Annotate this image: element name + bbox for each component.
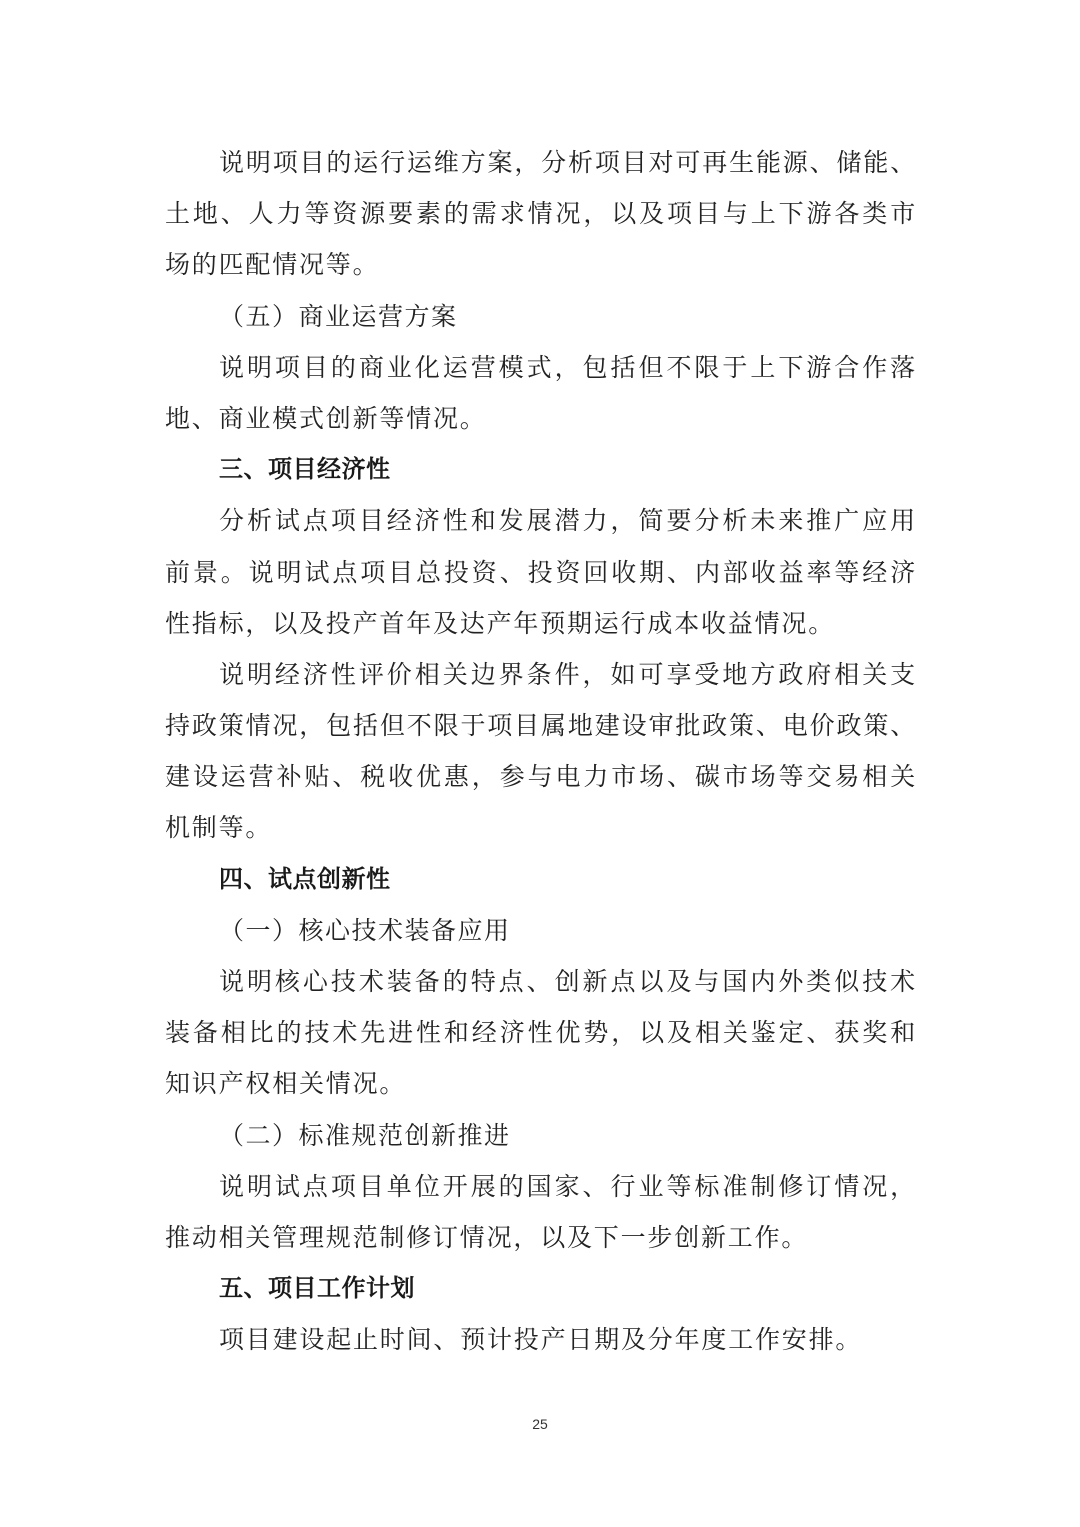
paragraph-line: 项目建设起止时间、预计投产日期及分年度工作安排。 (165, 1314, 917, 1365)
paragraph-line: 场的匹配情况等。 (165, 239, 917, 290)
paragraph-line: 说明核心技术装备的特点、创新点以及与国内外类似技术 (165, 956, 917, 1007)
subsection-heading: （二）标准规范创新推进 (165, 1110, 917, 1161)
paragraph-line: 说明项目的商业化运营模式，包括但不限于上下游合作落 (165, 342, 917, 393)
paragraph-line: 土地、人力等资源要素的需求情况，以及项目与上下游各类市 (165, 188, 917, 239)
paragraph-line: 说明试点项目单位开展的国家、行业等标准制修订情况， (165, 1161, 917, 1212)
paragraph-line: 地、商业模式创新等情况。 (165, 393, 917, 444)
section-heading: 五、项目工作计划 (165, 1263, 917, 1314)
document-body: 说明项目的运行运维方案，分析项目对可再生能源、储能、 土地、人力等资源要素的需求… (165, 137, 917, 1366)
paragraph-line: 分析试点项目经济性和发展潜力，简要分析未来推广应用 (165, 495, 917, 546)
document-page: 说明项目的运行运维方案，分析项目对可再生能源、储能、 土地、人力等资源要素的需求… (0, 0, 1080, 1527)
section-heading: 四、试点创新性 (165, 854, 917, 905)
paragraph-line: 机制等。 (165, 802, 917, 853)
paragraph-line: 持政策情况，包括但不限于项目属地建设审批政策、电价政策、 (165, 700, 917, 751)
paragraph-line: 说明经济性评价相关边界条件，如可享受地方政府相关支 (165, 649, 917, 700)
page-number: 25 (0, 1416, 1080, 1432)
paragraph-line: 建设运营补贴、税收优惠，参与电力市场、碳市场等交易相关 (165, 751, 917, 802)
paragraph-line: 装备相比的技术先进性和经济性优势，以及相关鉴定、获奖和 (165, 1007, 917, 1058)
paragraph-line: 知识产权相关情况。 (165, 1058, 917, 1109)
paragraph-line: 性指标，以及投产首年及达产年预期运行成本收益情况。 (165, 598, 917, 649)
subsection-heading: （五）商业运营方案 (165, 291, 917, 342)
paragraph-line: 推动相关管理规范制修订情况，以及下一步创新工作。 (165, 1212, 917, 1263)
subsection-heading: （一）核心技术装备应用 (165, 905, 917, 956)
section-heading: 三、项目经济性 (165, 444, 917, 495)
paragraph-line: 说明项目的运行运维方案，分析项目对可再生能源、储能、 (165, 137, 917, 188)
paragraph-line: 前景。说明试点项目总投资、投资回收期、内部收益率等经济 (165, 547, 917, 598)
